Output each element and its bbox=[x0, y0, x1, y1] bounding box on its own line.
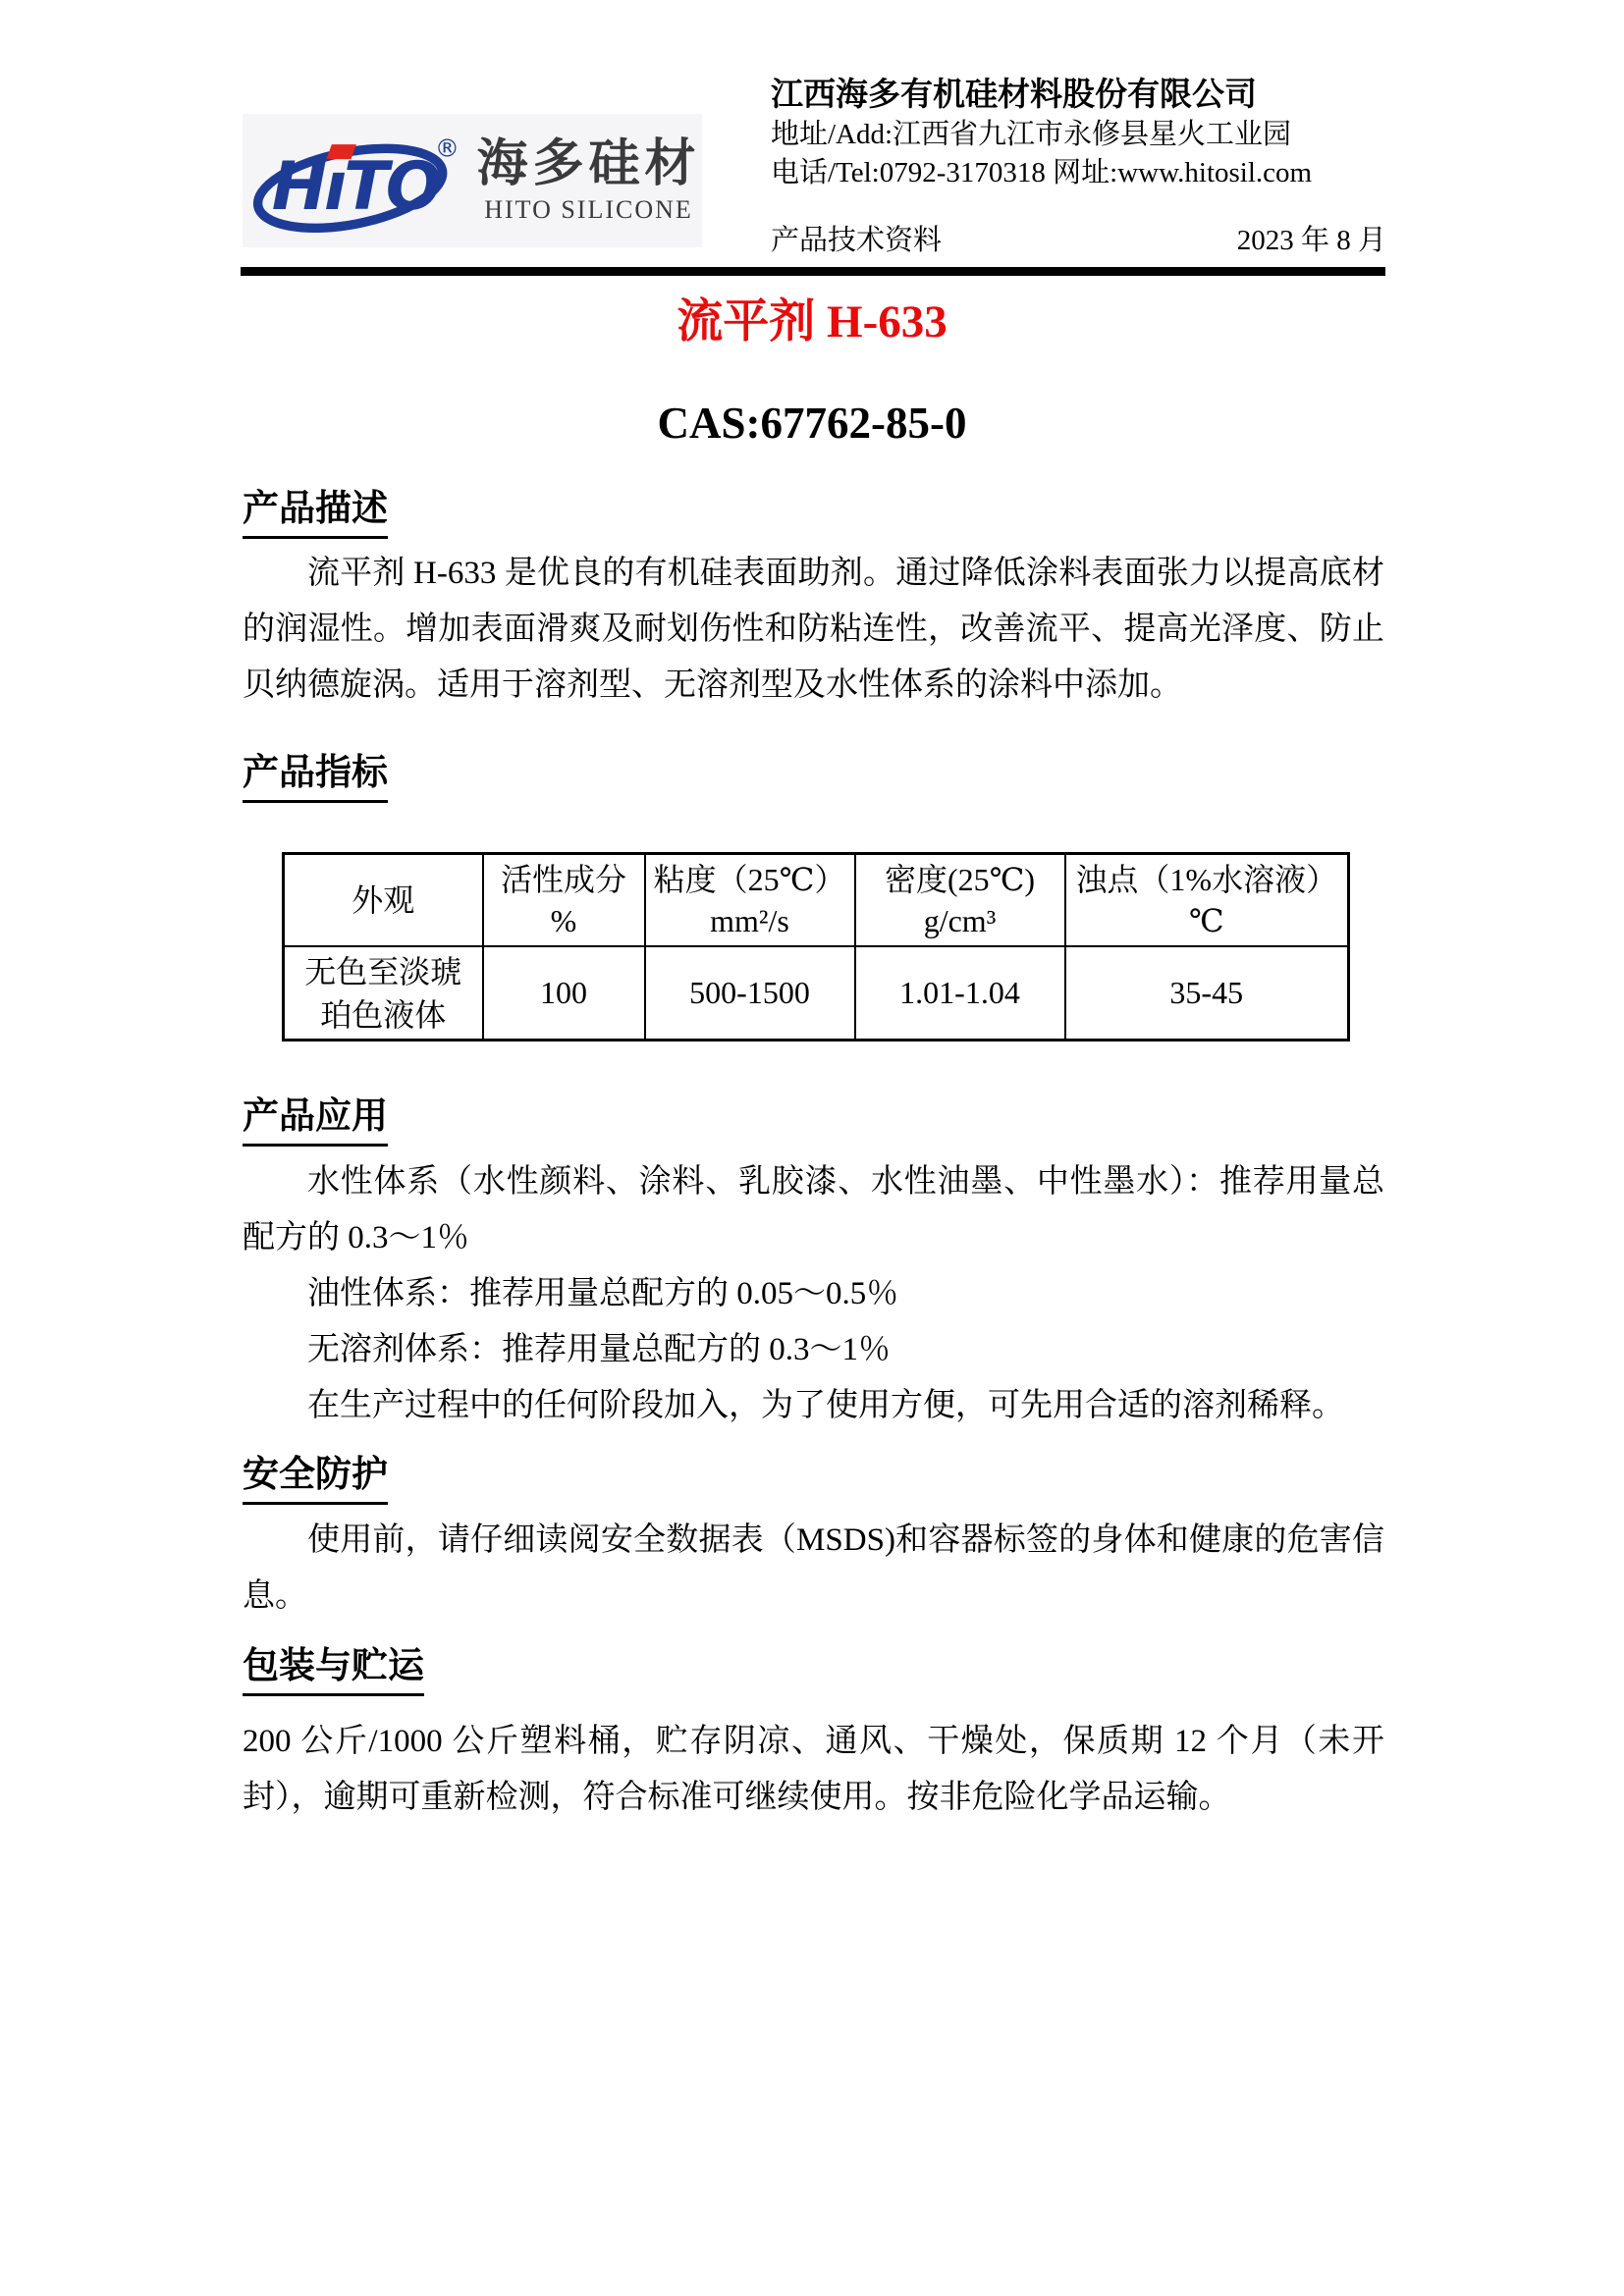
spec-col-cloud-point: 浊点（1%水溶液） ℃ bbox=[1065, 854, 1349, 947]
hito-logo-icon: HıTO ® bbox=[243, 123, 473, 239]
doc-date-label: 2023 年 8 月 bbox=[1237, 222, 1386, 259]
logo-chinese-name: 海多硅材 bbox=[475, 135, 702, 192]
logo-mark-letters: HıTO bbox=[272, 147, 440, 225]
logo-english-name: HITO SILICONE bbox=[475, 194, 702, 226]
section-heading-specs-text: 产品指标 bbox=[243, 752, 388, 803]
application-list: 水性体系（水性颜料、涂料、乳胶漆、水性油墨、中性墨水）：推荐用量总配方的 0.3… bbox=[243, 1154, 1384, 1434]
spec-col-viscosity: 粘度（25℃） mm²/s bbox=[645, 854, 855, 947]
spec-col-appearance-label: 外观 bbox=[293, 880, 474, 921]
application-item-solventfree: 无溶剂体系：推荐用量总配方的 0.3～1％ bbox=[243, 1322, 1384, 1378]
section-heading-specs: 产品指标 bbox=[243, 752, 388, 803]
spec-value-density: 1.01-1.04 bbox=[855, 946, 1065, 1041]
spec-value-appearance-text: 无色至淡琥珀色液体 bbox=[293, 950, 474, 1037]
company-logo: HıTO ® 海多硅材 HITO SILICONE bbox=[243, 114, 702, 247]
spec-value-cloud-point: 35-45 bbox=[1065, 946, 1349, 1041]
section-heading-description-text: 产品描述 bbox=[243, 488, 388, 539]
section-heading-safety-text: 安全防护 bbox=[243, 1454, 388, 1505]
cas-number: CAS:67762-85-0 bbox=[0, 398, 1624, 449]
application-item-waterborne: 水性体系（水性颜料、涂料、乳胶漆、水性油墨、中性墨水）：推荐用量总配方的 0.3… bbox=[243, 1154, 1384, 1266]
section-heading-packaging-text: 包装与贮运 bbox=[243, 1645, 424, 1696]
safety-paragraph: 使用前，请仔细读阅安全数据表（MSDS)和容器标签的身体和健康的危害信息。 bbox=[243, 1513, 1384, 1625]
application-item-addition-note: 在生产过程中的任何阶段加入，为了使用方便，可先用合适的溶剂稀释。 bbox=[243, 1378, 1384, 1434]
packaging-paragraph: 200 公斤/1000 公斤塑料桶，贮存阴凉、通风、干燥处，保质期 12 个月（… bbox=[243, 1714, 1384, 1826]
product-datasheet-page: HıTO ® 海多硅材 HITO SILICONE 江西海多有机硅材料股份有限公… bbox=[0, 0, 1624, 2296]
company-address: 地址/Add:江西省九江市永修县星火工业园 bbox=[771, 116, 1386, 154]
spec-col-viscosity-unit: mm²/s bbox=[654, 900, 846, 941]
spec-col-appearance: 外观 bbox=[284, 854, 483, 947]
company-contact: 电话/Tel:0792-3170318 网址:www.hitosil.com bbox=[771, 154, 1386, 192]
spec-col-density-unit: g/cm³ bbox=[864, 900, 1056, 941]
registered-mark-icon: ® bbox=[435, 134, 460, 163]
spec-col-cloud-point-label: 浊点（1%水溶液） bbox=[1074, 859, 1340, 900]
spec-value-active-content: 100 bbox=[483, 946, 645, 1041]
company-name: 江西海多有机硅材料股份有限公司 bbox=[771, 75, 1386, 116]
logo-text: 海多硅材 HITO SILICONE bbox=[475, 135, 702, 226]
spec-col-active-content-label: 活性成分 bbox=[492, 859, 636, 900]
spec-table-data-row: 无色至淡琥珀色液体 100 500-1500 1.01-1.04 35-45 bbox=[284, 946, 1349, 1041]
spec-table-header-row: 外观 活性成分 % 粘度（25℃） mm²/s 密度(25℃) g/cm³ 浊点… bbox=[284, 854, 1349, 947]
spec-value-appearance: 无色至淡琥珀色液体 bbox=[284, 946, 483, 1041]
spec-col-density-label: 密度(25℃) bbox=[864, 859, 1056, 900]
spec-col-active-content-unit: % bbox=[492, 900, 636, 941]
company-info: 江西海多有机硅材料股份有限公司 地址/Add:江西省九江市永修县星火工业园 电话… bbox=[771, 75, 1386, 259]
header-divider bbox=[241, 267, 1385, 276]
spec-col-viscosity-label: 粘度（25℃） bbox=[654, 859, 846, 900]
spec-value-viscosity: 500-1500 bbox=[645, 946, 855, 1041]
doc-type-label: 产品技术资料 bbox=[771, 222, 942, 259]
section-heading-packaging: 包装与贮运 bbox=[243, 1645, 424, 1696]
section-heading-application: 产品应用 bbox=[243, 1095, 388, 1147]
section-heading-description: 产品描述 bbox=[243, 488, 388, 539]
description-paragraph: 流平剂 H-633 是优良的有机硅表面助剂。通过降低涂料表面张力以提高底材的润湿… bbox=[243, 546, 1384, 714]
spec-table: 外观 活性成分 % 粘度（25℃） mm²/s 密度(25℃) g/cm³ 浊点… bbox=[282, 852, 1350, 1041]
section-heading-safety: 安全防护 bbox=[243, 1454, 388, 1505]
doc-meta-line: 产品技术资料 2023 年 8 月 bbox=[771, 222, 1386, 259]
application-item-oilborne: 油性体系：推荐用量总配方的 0.05～0.5％ bbox=[243, 1266, 1384, 1322]
spec-col-cloud-point-unit: ℃ bbox=[1074, 900, 1340, 941]
section-heading-application-text: 产品应用 bbox=[243, 1095, 388, 1147]
spec-col-density: 密度(25℃) g/cm³ bbox=[855, 854, 1065, 947]
page-title: 流平剂 H-633 bbox=[0, 294, 1624, 349]
spec-col-active-content: 活性成分 % bbox=[483, 854, 645, 947]
